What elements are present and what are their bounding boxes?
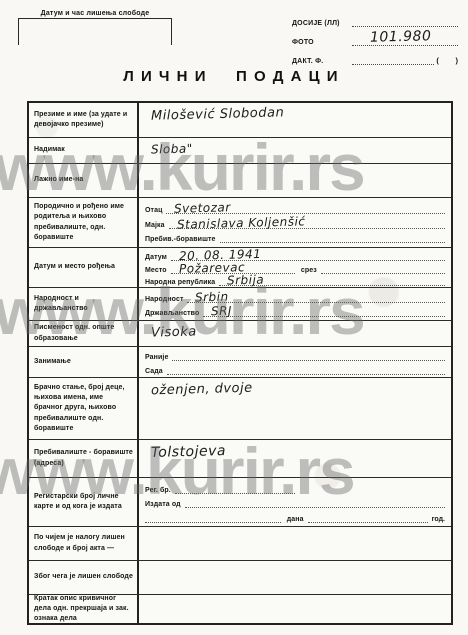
photo-field: ФОТО 101.980 [292,27,458,46]
id-issued-date-field: дана год. [145,511,445,523]
mother-handwritten: Stanislava Koljenšić [176,214,305,231]
table-row-occupation: Занимање Раније Сада [29,346,451,377]
row-label: Регистарски број личне карте и од кога ј… [29,478,139,526]
row-label: Брачно стање, број деце, њихова имена, и… [29,378,139,439]
photo-number-handwritten: 101.980 [370,28,432,46]
education-handwritten: Visoka [151,324,197,340]
occupation-former-field: Раније [145,349,445,361]
row-label: Због чега је лишен слободе [29,561,139,594]
table-row-birth: Датум и место рођења Датум 20. 08. 1941 … [29,247,451,287]
father-handwritten: Svetozar [174,200,231,215]
birth-republic-handwritten: Srbija [227,272,265,287]
row-label: Датум и место рођења [29,248,139,287]
mother-field: Мајка Stanislava Koljenšić [145,217,445,229]
photo-line: 101.980 [352,33,458,46]
row-label: Писменост одн. опште образовање [29,321,139,346]
nationality-handwritten: Srbin [195,290,229,305]
table-row-surname: Презиме и име (за удате и девојачко през… [29,103,451,137]
table-row-arrest-reason: Због чега је лишен слободе [29,560,451,594]
arrest-datetime-frame [18,18,172,45]
table-row-nationality: Народност и држављанство Народност Srbin… [29,287,451,320]
parents-residence-field: Пребив.-боравиште [145,231,445,243]
marital-handwritten: oženjen, dvoje [151,381,253,399]
citizenship-handwritten: SRJ [211,304,232,319]
file-reference-fields: ДОСИЈЕ (ЛЛ) ФОТО 101.980 ДАКТ. Ф. ( ) [292,8,458,65]
table-row-false-name: Лажно име-на [29,163,451,197]
id-reg-number-field: Рег. бр. [145,482,445,494]
table-row-arrest-order: По чијем је налогу лишен слободе и број … [29,526,451,560]
dakt-field: ДАКТ. Ф. ( ) [292,46,458,65]
surname-handwritten: Milošević Slobodan [151,105,285,123]
father-field: Отац Svetozar [145,202,445,214]
row-label: Пребивалиште - боравиште (адреса) [29,440,139,477]
row-label: Надимак [29,138,139,163]
row-label: Кратак опис кривичног дела одн. прекршај… [29,595,139,623]
row-label: По чијем је налогу лишен слободе и број … [29,527,139,560]
table-row-nickname: Надимак Sloba" [29,137,451,163]
table-row-id-card: Регистарски број личне карте и од кога ј… [29,477,451,526]
dossier-field: ДОСИЈЕ (ЛЛ) [292,8,458,27]
row-label: Лажно име-на [29,164,139,197]
personal-data-table: Презиме и име (за удате и девојачко през… [27,101,453,625]
row-label: Презиме и име (за удате и девојачко през… [29,103,139,137]
birth-place-field: Место Požarevac срез [145,262,445,274]
photo-label: ФОТО [292,39,352,46]
dakt-label: ДАКТ. Ф. [292,58,352,65]
dossier-label: ДОСИЈЕ (ЛЛ) [292,20,352,27]
row-label: Народност и држављанство [29,288,139,320]
nationality-field: Народност Srbin [145,291,445,303]
row-label: Породично и рођено име родитеља и њихово… [29,198,139,247]
residence-handwritten: Tolstojeva [151,443,226,461]
table-row-residence: Пребивалиште - боравиште (адреса) Tolsto… [29,439,451,477]
birth-date-field: Датум 20. 08. 1941 [145,249,445,261]
row-label: Занимање [29,347,139,377]
arrest-datetime-label: Датум и час лишења слободе [18,10,172,17]
id-issued-by-field: Издата од [145,496,445,508]
arrest-datetime-section: Датум и час лишења слободе [18,10,172,45]
dakt-blank-line [352,52,434,65]
table-row-parents: Породично и рођено име родитеља и њихово… [29,197,451,247]
citizenship-field: Држављанство SRJ [145,305,445,317]
dossier-blank-line [352,14,458,27]
table-row-offense-description: Кратак опис кривичног дела одн. прекршај… [29,594,451,623]
table-row-education: Писменост одн. опште образовање Visoka [29,320,451,346]
table-row-marital: Брачно стање, број деце, њихова имена, и… [29,377,451,439]
occupation-current-field: Сада [145,363,445,375]
dakt-paren: ( ) [436,56,458,65]
nickname-handwritten: Sloba" [151,141,193,156]
scanned-form-page: Датум и час лишења слободе ДОСИЈЕ (ЛЛ) Ф… [0,0,468,635]
page-title: ЛИЧНИ ПОДАЦИ [0,68,468,85]
